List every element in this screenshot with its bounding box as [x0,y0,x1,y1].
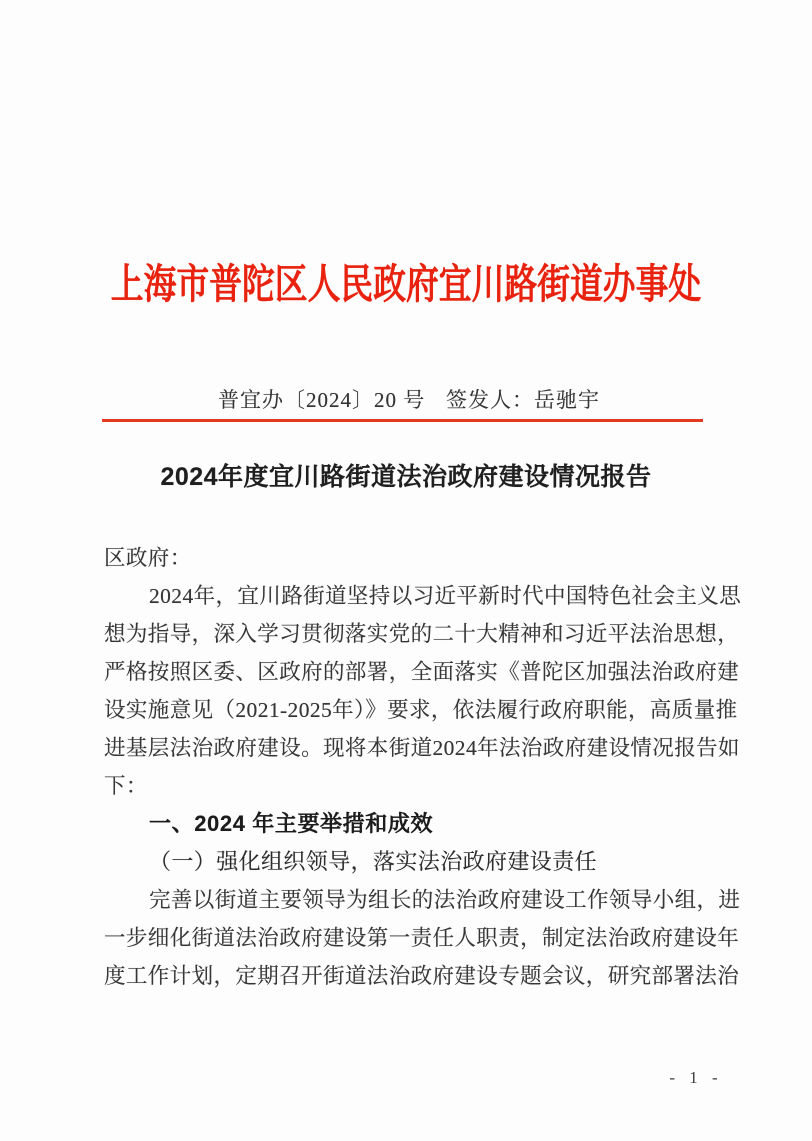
page-number: - 1 - [636,1068,756,1088]
text-line: 下： [104,767,712,805]
text-line: 完善以街道主要领导为组长的法治政府建设工作领导小组，进 [104,881,712,919]
letterhead-title: 上海市普陀区人民政府宜川路街道办事处 [81,258,731,310]
signer-name: 签发人：岳驰宇 [446,384,600,414]
document-page: 上海市普陀区人民政府宜川路街道办事处 普宜办〔2024〕20 号 签发人：岳驰宇… [0,0,812,1141]
text-line: 一步细化街道法治政府建设第一责任人职责，制定法治政府建设年 [104,919,712,957]
text-line: 区政府： [104,539,712,577]
text-line: 一、2024 年主要举措和成效 [104,805,712,843]
text-line: 严格按照区委、区政府的部署，全面落实《普陀区加强法治政府建 [104,653,712,691]
doc-number-row: 普宜办〔2024〕20 号 签发人：岳驰宇 [0,384,812,410]
text-line: （一）强化组织领导，落实法治政府建设责任 [104,843,712,881]
text-line: 2024年，宜川路街道坚持以习近平新时代中国特色社会主义思 [104,577,712,615]
text-line: 设实施意见（2021-2025年）》要求，依法履行政府职能，高质量推 [104,691,712,729]
document-body: 区政府：2024年，宜川路街道坚持以习近平新时代中国特色社会主义思想为指导，深入… [104,539,712,995]
text-line: 想为指导，深入学习贯彻落实党的二十大精神和习近平法治思想， [104,615,712,653]
text-line: 进基层法治政府建设。现将本街道2024年法治政府建设情况报告如 [104,729,712,767]
text-line: 度工作计划，定期召开街道法治政府建设专题会议，研究部署法治 [104,957,712,995]
red-divider-line [102,419,703,422]
doc-number: 普宜办〔2024〕20 号 [218,384,425,414]
report-title: 2024年度宜川路街道法治政府建设情况报告 [0,460,812,494]
